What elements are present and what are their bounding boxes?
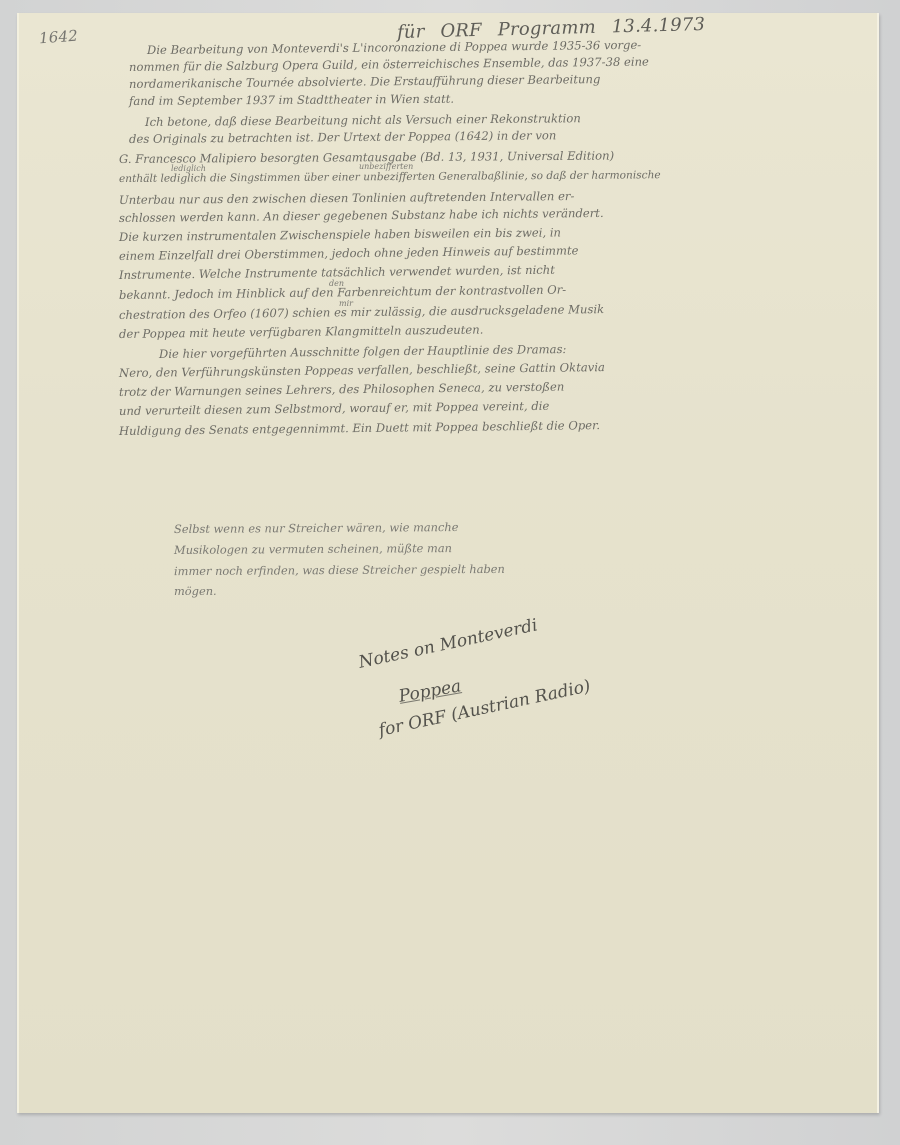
text-line: schlossen werden kann. An dieser gegeben…: [119, 206, 604, 225]
note-line: immer noch erfinden, was diese Streicher…: [174, 562, 505, 578]
text-line: fand im September 1937 im Stadttheater i…: [129, 92, 454, 108]
text-line: Die kurzen instrumentalen Zwischenspiele…: [119, 225, 561, 244]
text-line: trotz der Warnungen seines Lehrers, des …: [119, 380, 564, 399]
text-line: Unterbau nur aus den zwischen diesen Ton…: [119, 189, 574, 207]
text-line: Die Bearbeitung von Monteverdi's L'incor…: [147, 38, 641, 57]
manuscript-page: 1642 für ORF Programm 13.4.1973 Die Bear…: [17, 13, 879, 1113]
text-line: der Poppea mit heute verfügbaren Klangmi…: [119, 323, 484, 341]
text-line: des Originals zu betrachten ist. Der Urt…: [129, 128, 556, 146]
text-line: nordamerikanische Tournée absolvierte. D…: [129, 72, 600, 91]
archive-label: Notes on Monteverdi Poppea for ORF (Aust…: [359, 633, 739, 753]
label-line-2: Poppea: [397, 676, 462, 707]
paper-edge: [877, 13, 879, 1113]
page-number: 1642: [38, 27, 78, 48]
text-line: Ich betone, daß diese Bearbeitung nicht …: [145, 111, 581, 129]
text-line: Die hier vorgeführten Ausschnitte folgen…: [159, 342, 567, 361]
text-line: und verurteilt diesen zum Selbstmord, wo…: [119, 399, 549, 418]
note-line: mögen.: [174, 584, 217, 598]
text-line: chestration des Orfeo (1607) schien es m…: [119, 302, 604, 322]
text-line: nommen für die Salzburg Opera Guild, ein…: [129, 55, 649, 74]
text-line: Huldigung des Senats entgegennimmt. Ein …: [119, 418, 600, 438]
text-line: einem Einzelfall drei Oberstimmen, jedoc…: [119, 243, 579, 263]
text-line: Nero, den Verführungskünsten Poppeas ver…: [119, 360, 605, 380]
note-line: Selbst wenn es nur Streicher wären, wie …: [174, 520, 459, 536]
label-line-1: Notes on Monteverdi: [357, 615, 539, 672]
text-line: enthält lediglich die Singstimmen über e…: [119, 169, 661, 185]
note-line: Musikologen zu vermuten scheinen, müßte …: [174, 541, 452, 557]
insert-unbeziffert: unbezifferten: [359, 162, 413, 171]
